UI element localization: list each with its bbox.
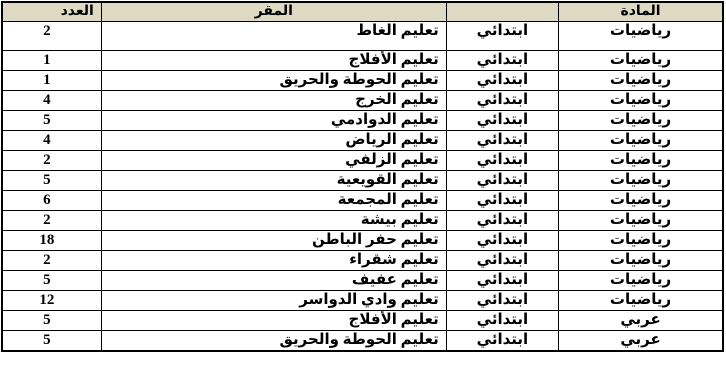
cell-stage: ابتدائي xyxy=(446,90,558,110)
cell-location: تعليم الرياض xyxy=(101,130,446,150)
table-row: رياضياتابتدائيتعليم المجمعة6 xyxy=(2,190,723,210)
cell-location: تعليم الخرج xyxy=(101,90,446,110)
cell-subject: رياضيات xyxy=(559,250,723,270)
cell-subject: رياضيات xyxy=(559,70,723,90)
table-row: رياضياتابتدائيتعليم الحوطة والحريق1 xyxy=(2,70,723,90)
cell-stage: ابتدائي xyxy=(446,310,558,330)
cell-location: تعليم الأفلاج xyxy=(101,50,446,70)
table-row: رياضياتابتدائيتعليم شقراء2 xyxy=(2,250,723,270)
header-row: المادة المقر العدد xyxy=(2,2,723,21)
cell-subject: رياضيات xyxy=(559,190,723,210)
cell-stage: ابتدائي xyxy=(446,290,558,310)
cell-count: 5 xyxy=(2,310,101,330)
column-header-stage xyxy=(446,2,558,21)
cell-stage: ابتدائي xyxy=(446,250,558,270)
table-row: رياضياتابتدائيتعليم الخرج4 xyxy=(2,90,723,110)
cell-location: تعليم وادي الدواسر xyxy=(101,290,446,310)
column-header-location: المقر xyxy=(101,2,446,21)
table-row: عربيابتدائيتعليم الحوطة والحريق5 xyxy=(2,330,723,351)
cell-count: 4 xyxy=(2,90,101,110)
table-row: رياضياتابتدائيتعليم الزلفي2 xyxy=(2,150,723,170)
cell-stage: ابتدائي xyxy=(446,270,558,290)
table-row: رياضياتابتدائيتعليم حفر الباطن18 xyxy=(2,230,723,250)
cell-stage: ابتدائي xyxy=(446,230,558,250)
table-wrap: المادة المقر العدد رياضياتابتدائيتعليم ا… xyxy=(1,1,725,352)
cell-count: 5 xyxy=(2,270,101,290)
cell-location: تعليم بيشة xyxy=(101,210,446,230)
column-header-count: العدد xyxy=(2,2,101,21)
subjects-table: المادة المقر العدد رياضياتابتدائيتعليم ا… xyxy=(1,1,724,352)
cell-subject: رياضيات xyxy=(559,210,723,230)
cell-count: 5 xyxy=(2,170,101,190)
cell-count: 5 xyxy=(2,110,101,130)
cell-subject: رياضيات xyxy=(559,170,723,190)
table-row: رياضياتابتدائيتعليم الأفلاج1 xyxy=(2,50,723,70)
table-row: رياضياتابتدائيتعليم الرياض4 xyxy=(2,130,723,150)
cell-count: 18 xyxy=(2,230,101,250)
cell-location: تعليم القويعية xyxy=(101,170,446,190)
cell-location: تعليم الحوطة والحريق xyxy=(101,70,446,90)
cell-count: 2 xyxy=(2,210,101,230)
cell-stage: ابتدائي xyxy=(446,70,558,90)
cell-count: 5 xyxy=(2,330,101,351)
cell-count: 2 xyxy=(2,150,101,170)
cell-location: تعليم الأفلاج xyxy=(101,310,446,330)
cell-subject: عربي xyxy=(559,310,723,330)
cell-subject: رياضيات xyxy=(559,110,723,130)
table-body: رياضياتابتدائيتعليم الغاط2رياضياتابتدائي… xyxy=(2,21,723,351)
cell-subject: رياضيات xyxy=(559,230,723,250)
table-row: رياضياتابتدائيتعليم وادي الدواسر12 xyxy=(2,290,723,310)
table-row: رياضياتابتدائيتعليم عفيف5 xyxy=(2,270,723,290)
column-header-subject: المادة xyxy=(559,2,723,21)
cell-count: 12 xyxy=(2,290,101,310)
table-row: رياضياتابتدائيتعليم بيشة2 xyxy=(2,210,723,230)
table-row: عربيابتدائيتعليم الأفلاج5 xyxy=(2,310,723,330)
cell-stage: ابتدائي xyxy=(446,130,558,150)
cell-stage: ابتدائي xyxy=(446,190,558,210)
cell-count: 1 xyxy=(2,50,101,70)
cell-stage: ابتدائي xyxy=(446,210,558,230)
cell-subject: رياضيات xyxy=(559,21,723,50)
cell-subject: رياضيات xyxy=(559,130,723,150)
cell-count: 1 xyxy=(2,70,101,90)
cell-stage: ابتدائي xyxy=(446,330,558,351)
cell-location: تعليم الدوادمي xyxy=(101,110,446,130)
cell-location: تعليم الحوطة والحريق xyxy=(101,330,446,351)
cell-count: 4 xyxy=(2,130,101,150)
cell-location: تعليم حفر الباطن xyxy=(101,230,446,250)
cell-stage: ابتدائي xyxy=(446,110,558,130)
cell-stage: ابتدائي xyxy=(446,150,558,170)
cell-location: تعليم عفيف xyxy=(101,270,446,290)
table-row: رياضياتابتدائيتعليم الغاط2 xyxy=(2,21,723,50)
cell-subject: رياضيات xyxy=(559,50,723,70)
cell-count: 2 xyxy=(2,21,101,50)
cell-location: تعليم الزلفي xyxy=(101,150,446,170)
cell-location: تعليم الغاط xyxy=(101,21,446,50)
cell-stage: ابتدائي xyxy=(446,170,558,190)
table-row: رياضياتابتدائيتعليم القويعية5 xyxy=(2,170,723,190)
cell-location: تعليم المجمعة xyxy=(101,190,446,210)
cell-subject: رياضيات xyxy=(559,150,723,170)
cell-subject: رياضيات xyxy=(559,90,723,110)
cell-count: 6 xyxy=(2,190,101,210)
cell-subject: رياضيات xyxy=(559,270,723,290)
cell-subject: رياضيات xyxy=(559,290,723,310)
cell-count: 2 xyxy=(2,250,101,270)
cell-stage: ابتدائي xyxy=(446,21,558,50)
cell-stage: ابتدائي xyxy=(446,50,558,70)
cell-subject: عربي xyxy=(559,330,723,351)
table-row: رياضياتابتدائيتعليم الدوادمي5 xyxy=(2,110,723,130)
cell-location: تعليم شقراء xyxy=(101,250,446,270)
